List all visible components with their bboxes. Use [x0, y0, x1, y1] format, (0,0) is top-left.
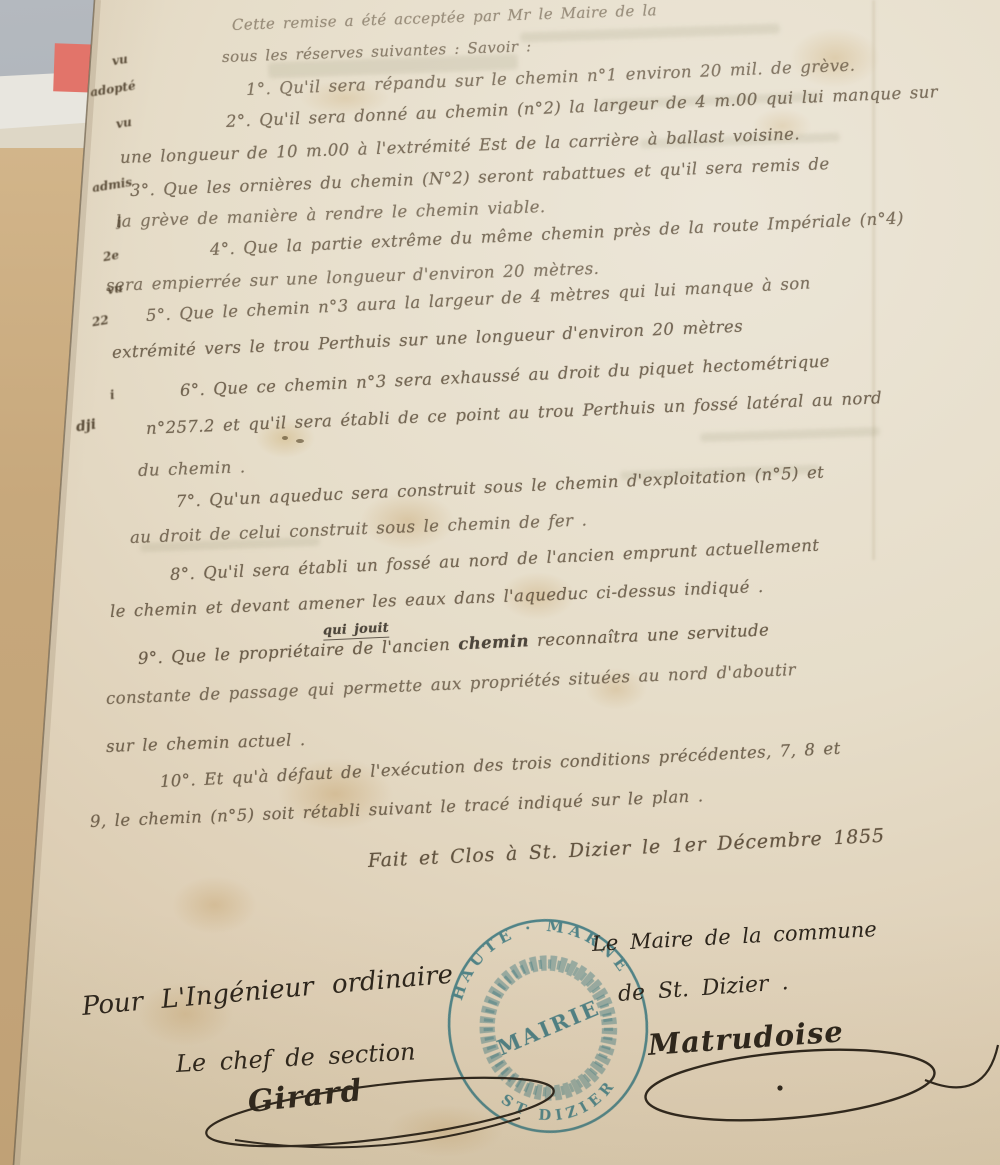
clause9-dark-word: chemin [458, 631, 529, 653]
handwritten-line: extrémité vers le trou Perthuis sur une … [112, 317, 744, 362]
margin-annotation: adopté [89, 79, 136, 100]
stamp-office-text: MAIRIE [494, 996, 605, 1062]
signature-mayor: Matrudoise [647, 1014, 845, 1062]
handwritten-line: le chemin et devant amener les eaux dans… [110, 577, 764, 621]
clause9-suffix: reconnaîtra une servitude [528, 620, 769, 650]
handwritten-line: du chemin . [138, 457, 246, 480]
handwritten-line: constante de passage qui permette aux pr… [106, 660, 797, 708]
bleed-through-mark [700, 427, 880, 442]
clause9-insertion: qui jouit [323, 621, 390, 641]
margin-annotation: vu [111, 52, 129, 68]
handwritten-line: 9, le chemin (n°5) soit rétabli suivant … [90, 786, 704, 831]
ink-speck [282, 436, 288, 440]
margin-annotation: 2e [102, 248, 120, 264]
handwritten-line: 7°. Qu'un aqueduc sera construit sous le… [176, 463, 825, 511]
photograph-of-document: vu adopté vu admis j 2e vu 22 i dji Cett… [0, 0, 1000, 1165]
engineer-role-line: Pour L'Ingénieur ordinaire [81, 960, 454, 1022]
handwritten-line-clause9: 9°. Que le propriétaire de l'ancien chem… [138, 620, 770, 668]
handwritten-line: la grève de manière à rendre le chemin v… [116, 197, 546, 231]
margin-annotation: dji [75, 417, 97, 436]
engineer-title-line: Le chef de section [175, 1037, 416, 1078]
clause9-prefix: 9°. Que le propriétaire [138, 639, 353, 668]
margin-annotation: admis [91, 175, 133, 195]
handwritten-line: au droit de celui construit sous le chem… [130, 510, 588, 547]
margin-annotation: 22 [91, 313, 110, 329]
signature-girard: Girard [246, 1073, 364, 1120]
handwritten-line: 6°. Que ce chemin n°3 sera exhaussé au d… [180, 352, 831, 400]
closing-date-line: Fait et Clos à St. Dizier le 1er Décembr… [367, 825, 885, 872]
handwritten-line: sur le chemin actuel . [106, 730, 306, 756]
document-page: vu adopté vu admis j 2e vu 22 i dji Cett… [0, 0, 1000, 1165]
margin-annotation: i [109, 388, 116, 403]
margin-annotation: vu [115, 115, 133, 131]
bleed-through-mark [520, 23, 780, 42]
ink-speck [296, 439, 304, 443]
ink-stain [172, 876, 257, 934]
